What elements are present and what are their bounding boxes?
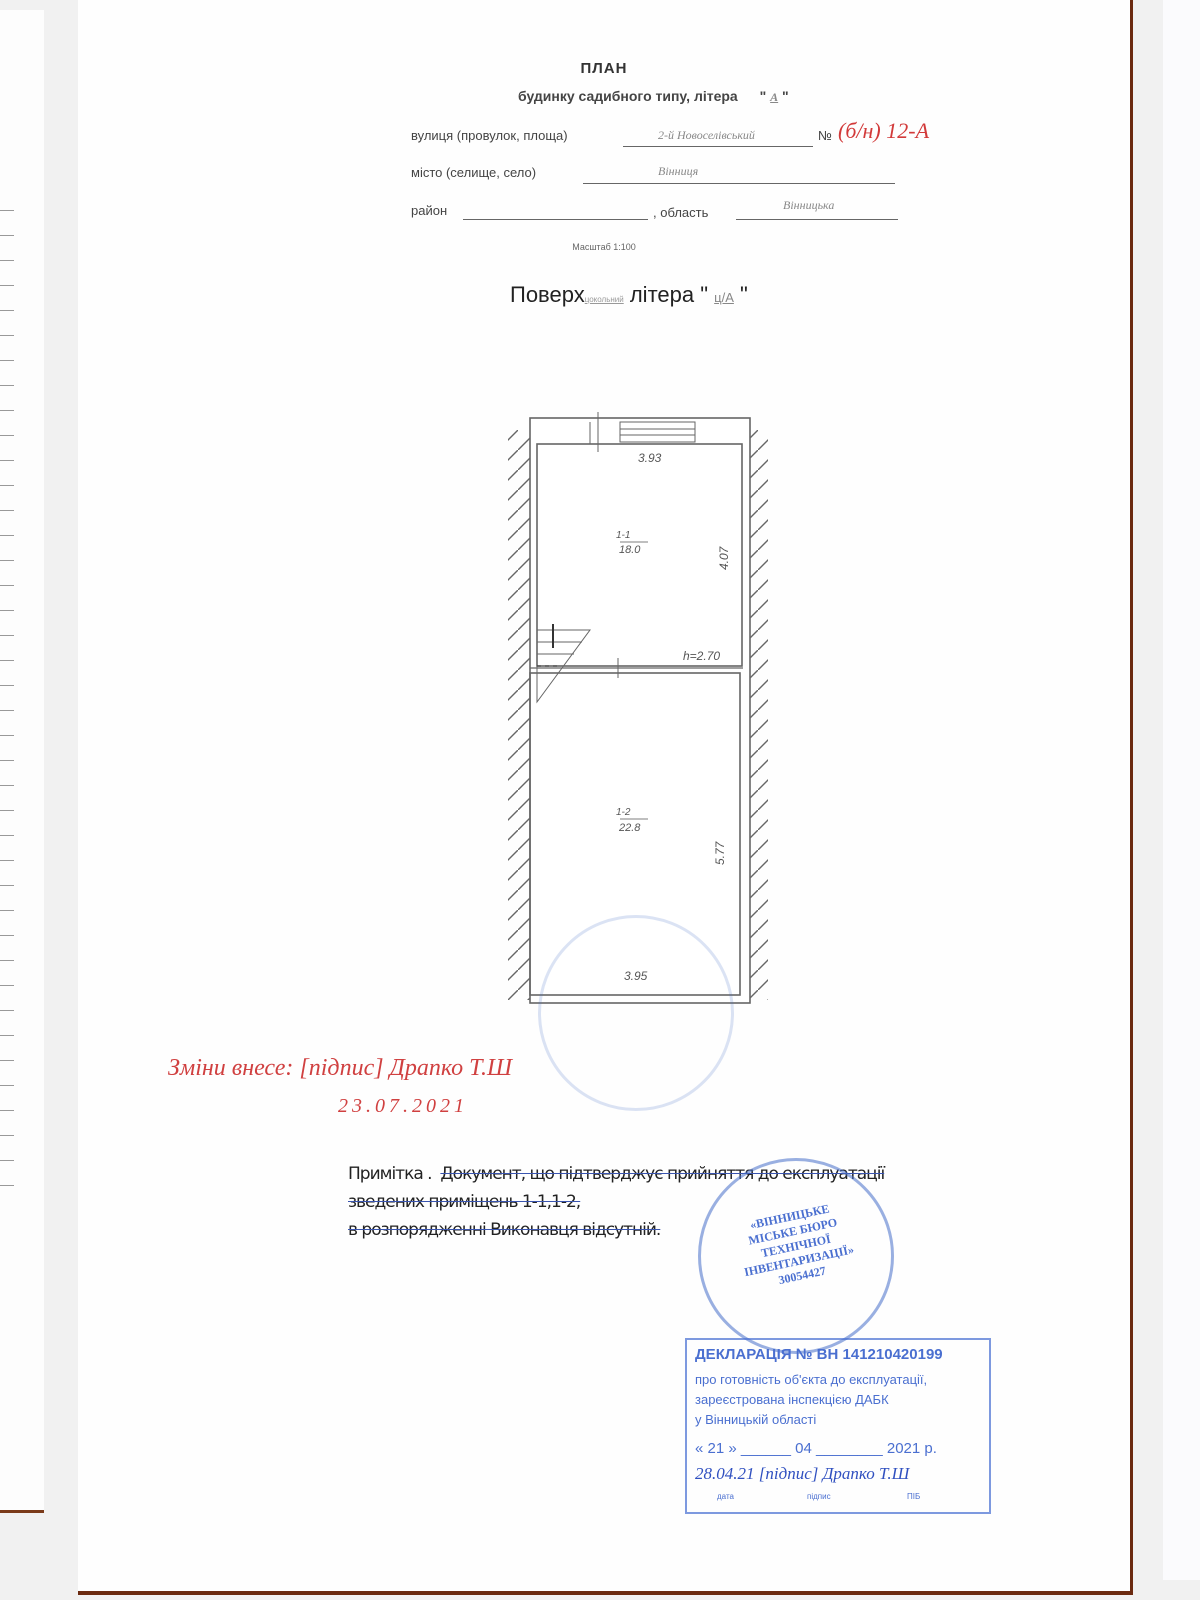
floor-heading: Поверхцокольний літера " ц/А "	[510, 282, 748, 308]
svg-text:1-1: 1-1	[616, 530, 630, 541]
red-handwritten-date: 23.07.2021	[338, 1095, 468, 1118]
plan-title: ПЛАН	[78, 60, 1130, 77]
floor-label: Поверх	[510, 282, 585, 307]
caption-name: ПІБ	[907, 1492, 920, 1501]
plan-subtitle: будинку садибного типу, літера " А "	[518, 88, 789, 105]
declaration-month: 04	[795, 1440, 812, 1457]
district-label: район	[411, 203, 447, 218]
scale-label: Масштаб 1:100	[78, 242, 1130, 252]
red-handwritten-note: Зміни внесе: [підпис] Драпко Т.Ш	[168, 1055, 512, 1082]
declaration-line-4: у Вінницькій області	[695, 1412, 816, 1427]
declaration-number: ДЕКЛАРАЦІЯ № ВН 141210420199	[695, 1346, 943, 1363]
declaration-year: 2021	[887, 1440, 920, 1457]
faded-stamp	[538, 915, 734, 1111]
floor-litera-label: літера	[630, 282, 694, 307]
declaration-line-2: про готовність об'єкта до експлуатації,	[695, 1372, 927, 1387]
svg-text:22.8: 22.8	[618, 822, 641, 834]
document-page: ПЛАН будинку садибного типу, літера " А …	[78, 0, 1133, 1595]
street-label: вулиця (провулок, площа)	[411, 128, 568, 143]
room1-width: 3.93	[638, 451, 662, 465]
svg-text:18.0: 18.0	[619, 544, 641, 556]
region-value: Вінницька	[783, 198, 834, 213]
street-value: 2-й Новоселівський	[658, 128, 755, 143]
adjacent-page-left	[0, 10, 44, 1513]
subtitle-text: будинку садибного типу, літера	[518, 88, 738, 104]
svg-text:4.07: 4.07	[717, 545, 731, 570]
adjacent-page-right	[1163, 0, 1200, 1580]
round-stamp: «ВІННИЦЬКЕМІСЬКЕ БЮРОТЕХНІЧНОЇІНВЕНТАРИЗ…	[698, 1158, 894, 1354]
number-label: №	[818, 128, 832, 143]
declaration-day: 21	[708, 1440, 725, 1457]
svg-text:5.77: 5.77	[713, 840, 727, 865]
svg-text:1-2: 1-2	[616, 807, 631, 818]
floor-value: цокольний	[585, 295, 624, 304]
note-label: Примітка .	[348, 1164, 432, 1184]
svg-text:h=2.70: h=2.70	[683, 649, 720, 663]
region-label: , область	[653, 205, 708, 220]
litera-value: А	[770, 90, 778, 104]
declaration-signature: 28.04.21 [підпис] Драпко Т.Ш	[695, 1464, 909, 1484]
round-stamp-text: «ВІННИЦЬКЕМІСЬКЕ БЮРОТЕХНІЧНОЇІНВЕНТАРИЗ…	[695, 1190, 896, 1303]
floor-litera-value: ц/А	[714, 290, 734, 305]
city-value: Вінниця	[658, 164, 698, 179]
city-label: місто (селище, село)	[411, 165, 536, 180]
caption-date: дата	[717, 1492, 734, 1501]
number-value: (б/н) 12-А	[838, 118, 929, 144]
declaration-stamp: ДЕКЛАРАЦІЯ № ВН 141210420199 про готовні…	[685, 1338, 991, 1514]
declaration-line-3: зареєстрована інспекцією ДАБК	[695, 1392, 889, 1407]
caption-signature: підпис	[807, 1492, 831, 1501]
